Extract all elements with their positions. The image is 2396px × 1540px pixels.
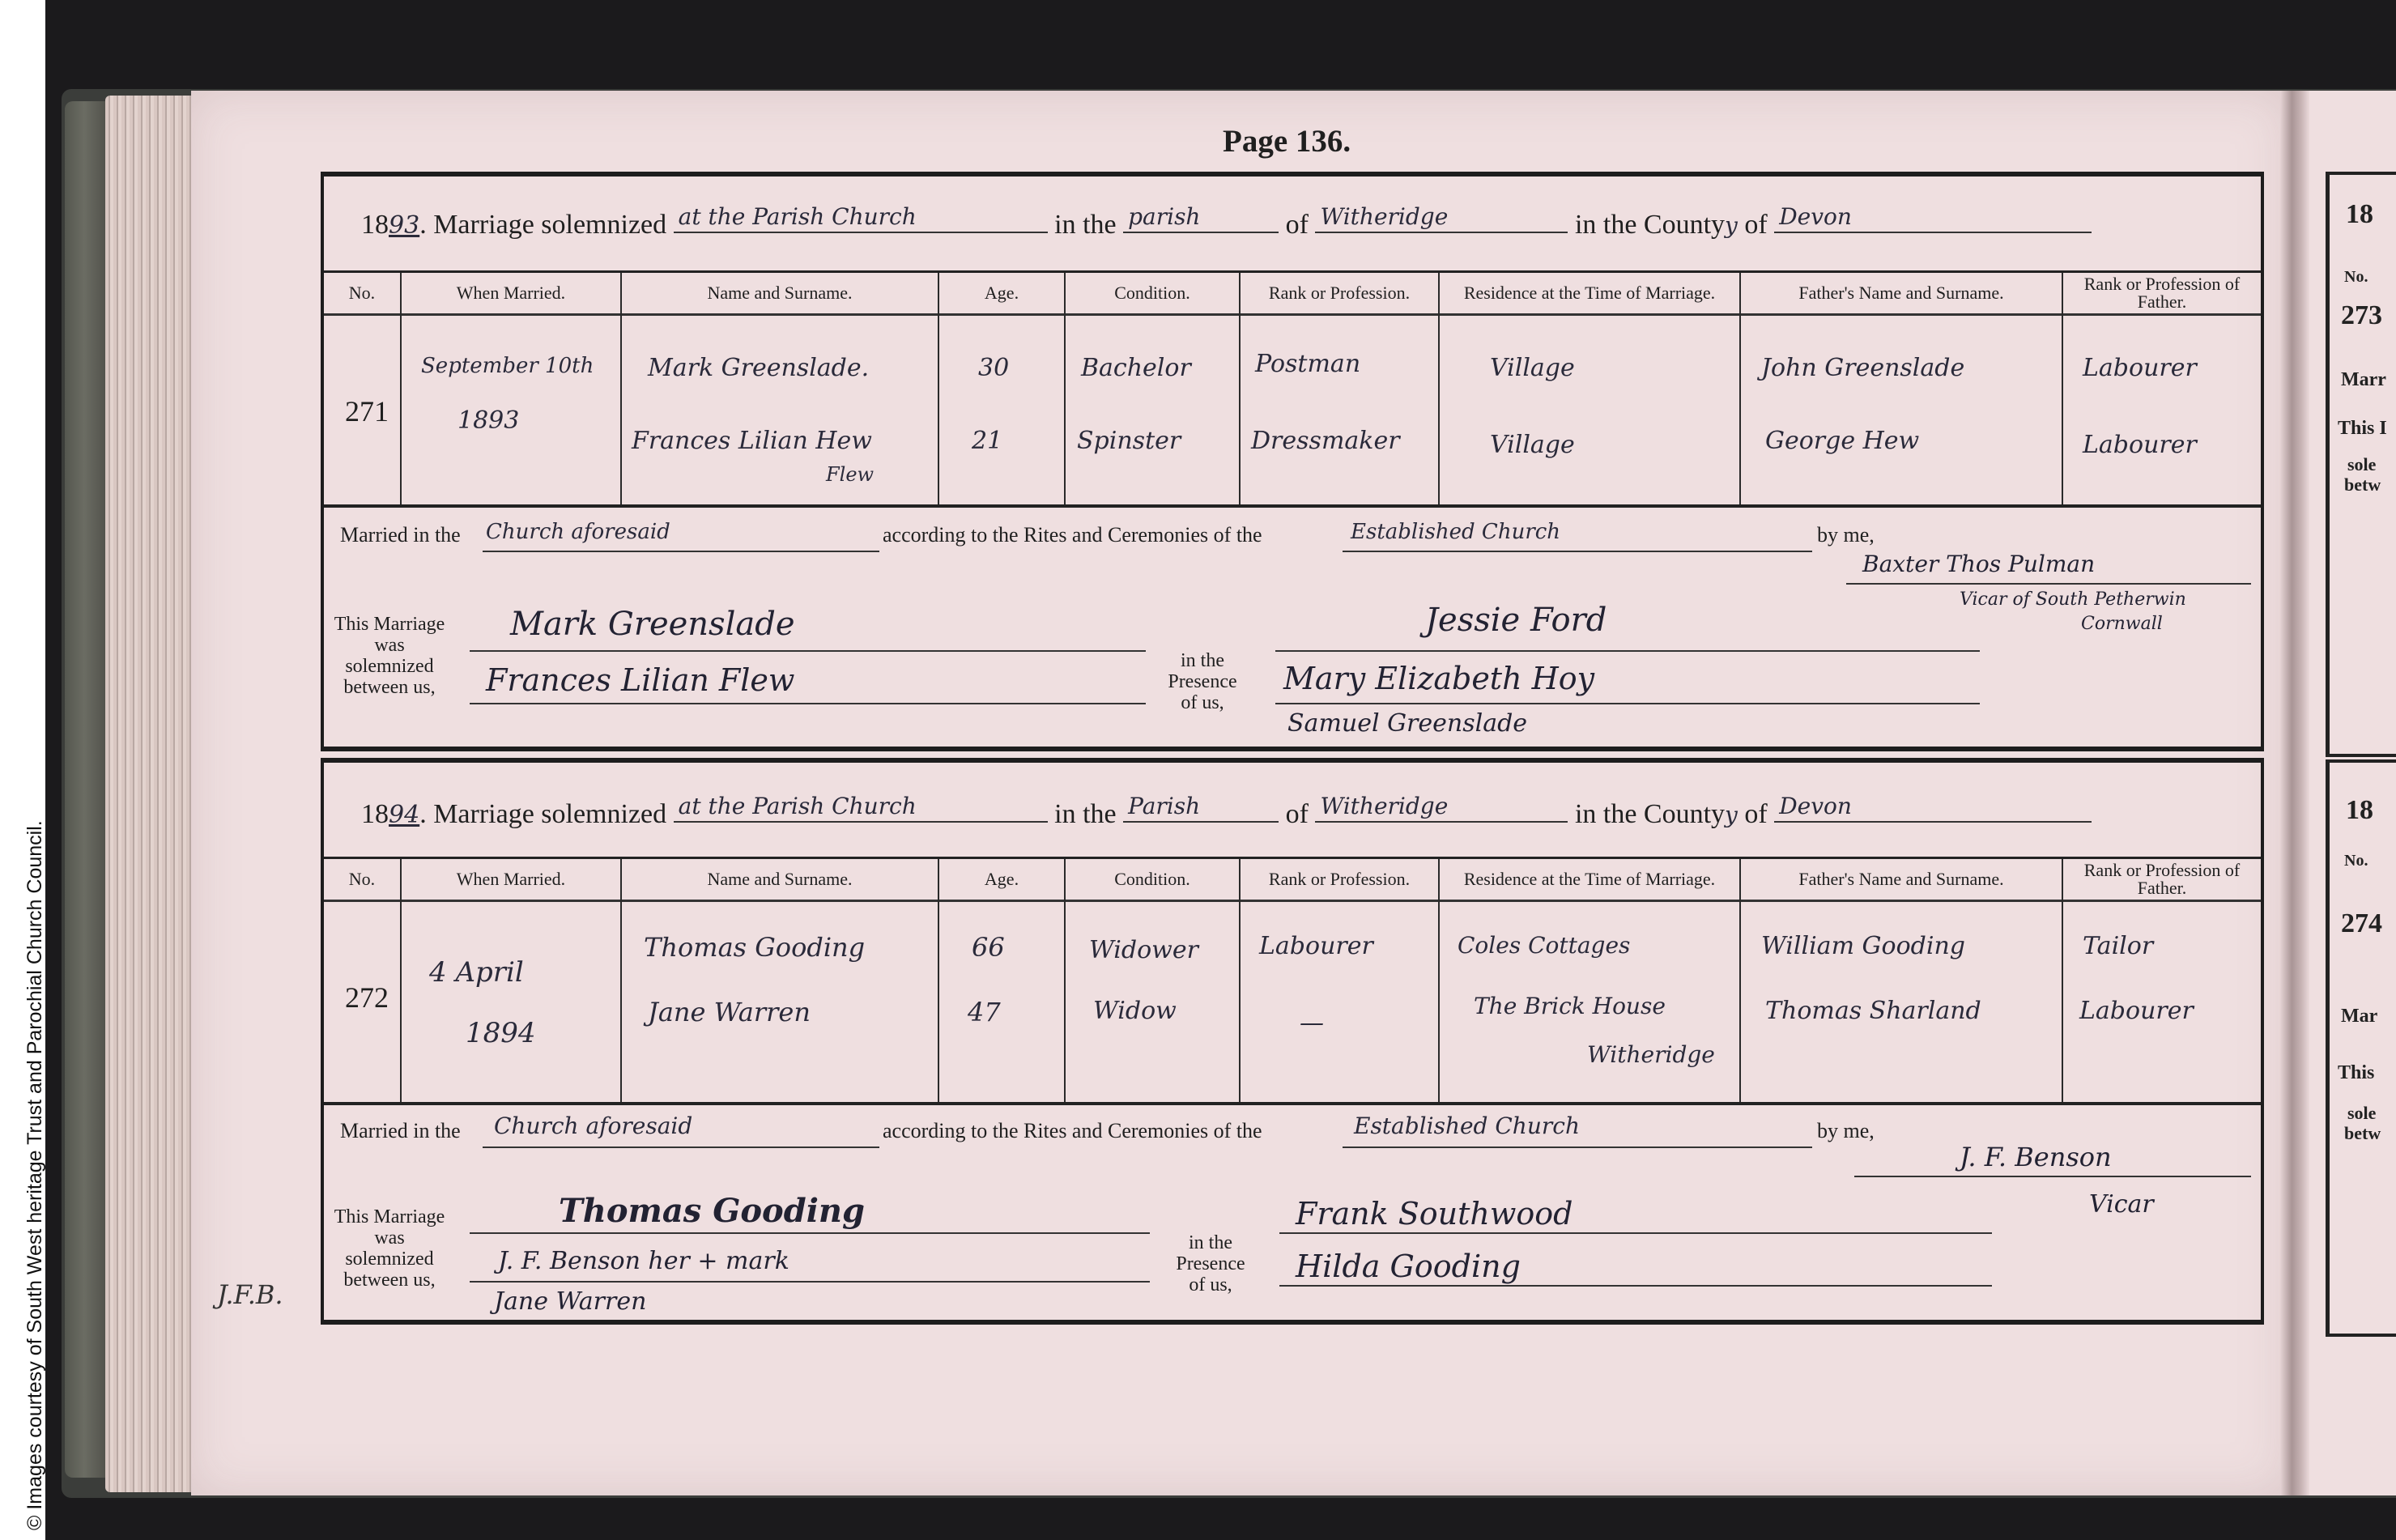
officiant-title: Vicar bbox=[2089, 1190, 2154, 1219]
field-county: Devon bbox=[1774, 795, 2092, 823]
party-signature-bride: Jane Warren bbox=[494, 1287, 646, 1316]
value-of: Witheridge bbox=[1320, 793, 1448, 819]
next-entry-1-sole-label: sole bbox=[2347, 454, 2376, 475]
line-rites bbox=[1343, 551, 1812, 552]
header-no: No. bbox=[324, 273, 400, 316]
label-in-the-presence: in the bbox=[1166, 1232, 1255, 1253]
officiant-title: Vicar of South Petherwin bbox=[1960, 589, 2186, 610]
bride-condition: Spinster bbox=[1077, 427, 1181, 455]
officiant-signature: Baxter Thos Pulman bbox=[1862, 551, 2095, 577]
county-suffix: y bbox=[1725, 802, 1738, 828]
value-in-the: parish bbox=[1128, 203, 1200, 230]
header-father-name: Father's Name and Surname. bbox=[1741, 859, 2062, 902]
page-number: Page 136. bbox=[1223, 123, 1351, 160]
label-married-in-the: Married in the bbox=[340, 523, 461, 547]
label-presence: Presence bbox=[1158, 671, 1247, 692]
header-age: Age. bbox=[939, 273, 1064, 316]
bride-father-name: Thomas Sharland bbox=[1765, 997, 1981, 1025]
bride-age: 21 bbox=[972, 427, 1002, 455]
field-solemnized-at: at the Parish Church bbox=[674, 795, 1048, 823]
next-entry-1-frame: 18 No. 273 Marr This I sole betw bbox=[2326, 172, 2396, 757]
label-of-us: of us, bbox=[1166, 1274, 1255, 1295]
header-name: Name and Surname. bbox=[622, 273, 938, 316]
next-entry-2-betw-label: betw bbox=[2344, 1123, 2381, 1144]
line-witness-2 bbox=[1275, 703, 1980, 704]
label-presence-block: in the Presence of us, bbox=[1166, 1232, 1255, 1295]
value-rites: Established Church bbox=[1354, 1112, 1580, 1139]
label-of-county: of bbox=[1744, 799, 1767, 829]
groom-rank: Postman bbox=[1255, 350, 1360, 378]
label-of-county: of bbox=[1744, 210, 1767, 240]
bride-rank: Dressmaker bbox=[1251, 427, 1400, 455]
header-father-name: Father's Name and Surname. bbox=[1741, 273, 2062, 316]
bride-father-rank: Labourer bbox=[2079, 997, 2194, 1025]
next-entry-1-betw-label: betw bbox=[2344, 474, 2381, 496]
witness-signature-3: Samuel Greenslade bbox=[1287, 709, 1527, 738]
next-entry-1-this-label: This I bbox=[2338, 418, 2387, 440]
county-suffix: y bbox=[1725, 212, 1738, 239]
label-this-marriage: This Marriage bbox=[329, 1206, 450, 1227]
entry-number: 271 bbox=[345, 394, 389, 428]
book-gutter bbox=[2280, 91, 2309, 1495]
label-presence-block: in the Presence of us, bbox=[1158, 650, 1247, 713]
header-no: No. bbox=[324, 859, 400, 902]
header-rank: Rank or Profession. bbox=[1241, 859, 1438, 902]
header-rank: Rank or Profession. bbox=[1241, 273, 1438, 316]
bride-age: 47 bbox=[968, 997, 1001, 1027]
witness-signature-2: Mary Elizabeth Hoy bbox=[1283, 661, 1594, 696]
credit-strip: © Images courtesy of South West heritage… bbox=[0, 0, 45, 1540]
bride-condition: Widow bbox=[1093, 997, 1177, 1025]
next-entry-1-married-label: Marr bbox=[2341, 369, 2386, 391]
groom-age: 66 bbox=[972, 932, 1005, 963]
label-of-us: of us, bbox=[1158, 692, 1247, 713]
label-this-marriage-block: This Marriage was solemnized between us, bbox=[329, 614, 450, 698]
witness-signature-2: Hilda Gooding bbox=[1296, 1249, 1521, 1284]
value-in-the: Parish bbox=[1128, 793, 1200, 819]
label-solemnized: solemnized bbox=[329, 1249, 450, 1270]
line-party-1 bbox=[470, 650, 1146, 652]
when-married-year: 1893 bbox=[457, 406, 519, 435]
label-was: was bbox=[329, 1227, 450, 1249]
officiant-title-county: Cornwall bbox=[2081, 614, 2163, 634]
bride-residence: Village bbox=[1490, 431, 1575, 459]
entry-table: No. When Married. Name and Surname. Age.… bbox=[324, 857, 2261, 1105]
next-entry-2-frame: 18 No. 274 Mar This sole betw bbox=[2326, 759, 2396, 1337]
label-marriage-solemnized: . Marriage solemnized bbox=[419, 210, 666, 240]
line-married-in bbox=[483, 1146, 879, 1148]
when-married-date: 4 April bbox=[429, 956, 524, 989]
header-father-rank: Rank or Profession of Father. bbox=[2063, 859, 2261, 902]
line-officiant bbox=[1846, 583, 2251, 585]
label-of: of bbox=[1286, 210, 1309, 240]
label-in-the: in the bbox=[1054, 210, 1116, 240]
line-witness-2 bbox=[1279, 1285, 1992, 1287]
label-this-marriage-block: This Marriage was solemnized between us, bbox=[329, 1206, 450, 1291]
label-according-to: according to the Rites and Ceremonies of… bbox=[883, 523, 1262, 547]
groom-condition: Widower bbox=[1089, 936, 1198, 964]
field-of: Witheridge bbox=[1315, 206, 1568, 233]
label-this-marriage: This Marriage bbox=[329, 614, 450, 635]
marriage-entry-272: 1894. Marriage solemnized at the Parish … bbox=[321, 758, 2264, 1325]
line-party-2 bbox=[470, 1281, 1150, 1283]
header-condition: Condition. bbox=[1066, 273, 1239, 316]
entry-heading: 1894. Marriage solemnized at the Parish … bbox=[361, 795, 2092, 830]
field-county: Devon bbox=[1774, 206, 2092, 233]
year-suffix: 94 bbox=[389, 801, 419, 829]
header-name: Name and Surname. bbox=[622, 859, 938, 902]
groom-condition: Bachelor bbox=[1081, 354, 1191, 382]
groom-age: 30 bbox=[978, 354, 1009, 382]
field-solemnized-at: at the Parish Church bbox=[674, 206, 1048, 233]
groom-name: Mark Greenslade. bbox=[648, 354, 869, 382]
page-stack bbox=[105, 96, 202, 1492]
next-entry-2-married-label: Mar bbox=[2341, 1006, 2377, 1027]
line-rites bbox=[1343, 1146, 1812, 1148]
label-by-me: by me, bbox=[1817, 1119, 1875, 1143]
next-entry-2-year: 18 bbox=[2346, 795, 2373, 826]
next-entry-2-number: 274 bbox=[2341, 908, 2382, 939]
groom-residence: Coles Cottages bbox=[1458, 932, 1630, 959]
margin-initials: J.F.B. bbox=[217, 1279, 283, 1310]
entry-number: 272 bbox=[345, 981, 389, 1015]
label-solemnized: solemnized bbox=[329, 656, 450, 677]
groom-name: Thomas Gooding bbox=[644, 932, 865, 963]
value-solemnized-at: at the Parish Church bbox=[679, 793, 917, 819]
party-signature-groom: Mark Greenslade bbox=[510, 606, 795, 643]
label-between-us: between us, bbox=[329, 677, 450, 698]
label-was: was bbox=[329, 635, 450, 656]
value-county: Devon bbox=[1779, 203, 1852, 230]
year-prefix: 18 bbox=[361, 799, 389, 829]
line-officiant bbox=[1854, 1176, 2251, 1177]
next-entry-2-sole-label: sole bbox=[2347, 1103, 2376, 1124]
year-suffix: 93 bbox=[389, 211, 419, 240]
party-signature-bride: Frances Lilian Flew bbox=[486, 662, 794, 698]
value-county: Devon bbox=[1779, 793, 1852, 819]
bride-name: Frances Lilian Hew bbox=[632, 427, 872, 455]
line-party-2 bbox=[470, 703, 1146, 704]
line-married-in bbox=[483, 551, 879, 552]
when-married-date: September 10th bbox=[421, 354, 594, 378]
when-married-year: 1894 bbox=[466, 1017, 536, 1049]
groom-rank: Labourer bbox=[1259, 932, 1373, 960]
field-in-the: parish bbox=[1123, 206, 1279, 233]
value-of: Witheridge bbox=[1320, 203, 1448, 230]
label-in-the: in the bbox=[1054, 799, 1116, 829]
party-signature-bride-mark: J. F. Benson her + mark bbox=[498, 1247, 789, 1275]
year-prefix: 18 bbox=[361, 210, 389, 240]
value-married-in: Church aforesaid bbox=[494, 1112, 692, 1139]
header-residence: Residence at the Time of Marriage. bbox=[1440, 273, 1739, 316]
entry-heading: 1893. Marriage solemnized at the Parish … bbox=[361, 206, 2092, 240]
next-entry-1-no-header: No. bbox=[2344, 268, 2368, 287]
marriage-entry-271: 1893. Marriage solemnized at the Parish … bbox=[321, 172, 2264, 751]
label-married-in-the: Married in the bbox=[340, 1119, 461, 1143]
groom-residence: Village bbox=[1490, 354, 1575, 382]
next-entry-2-this-label: This bbox=[2338, 1062, 2374, 1084]
label-presence: Presence bbox=[1166, 1253, 1255, 1274]
next-page: 18 No. 273 Marr This I sole betw 18 No. … bbox=[2309, 91, 2396, 1495]
witness-signature-1: Frank Southwood bbox=[1296, 1196, 1573, 1232]
value-married-in: Church aforesaid bbox=[486, 520, 670, 544]
bride-residence: The Brick House bbox=[1474, 993, 1666, 1019]
groom-father-name: William Gooding bbox=[1761, 932, 1965, 960]
label-marriage-solemnized: . Marriage solemnized bbox=[419, 799, 666, 829]
field-of: Witheridge bbox=[1315, 795, 1568, 823]
header-condition: Condition. bbox=[1066, 859, 1239, 902]
label-in-the-presence: in the bbox=[1158, 650, 1247, 671]
header-when-married: When Married. bbox=[402, 859, 620, 902]
bride-father-name: George Hew bbox=[1765, 427, 1919, 455]
line-witness-1 bbox=[1275, 650, 1980, 652]
label-in-the-county: in the County bbox=[1575, 210, 1725, 240]
groom-father-rank: Tailor bbox=[2083, 932, 2153, 960]
line-party-1 bbox=[470, 1232, 1150, 1234]
bride-residence-line-2: Witheridge bbox=[1587, 1041, 1715, 1068]
witness-signature-1: Jessie Ford bbox=[1425, 602, 1607, 639]
bride-rank: — bbox=[1300, 1009, 1324, 1037]
label-by-me: by me, bbox=[1817, 523, 1875, 547]
label-of: of bbox=[1286, 799, 1309, 829]
bride-name-correction: Flew bbox=[826, 463, 874, 486]
next-entry-1-year: 18 bbox=[2346, 199, 2373, 230]
next-entry-1-number: 273 bbox=[2341, 300, 2382, 331]
officiant-signature: J. F. Benson bbox=[1960, 1142, 2112, 1172]
line-witness-1 bbox=[1279, 1232, 1992, 1234]
groom-father-rank: Labourer bbox=[2083, 354, 2197, 382]
header-father-rank: Rank or Profession of Father. bbox=[2063, 273, 2261, 316]
value-solemnized-at: at the Parish Church bbox=[679, 203, 917, 230]
header-age: Age. bbox=[939, 859, 1064, 902]
copyright-credit: © Images courtesy of South West heritage… bbox=[23, 820, 47, 1530]
entry-table: No. When Married. Name and Surname. Age.… bbox=[324, 270, 2261, 508]
next-entry-2-no-header: No. bbox=[2344, 852, 2368, 870]
groom-father-name: John Greenslade bbox=[1761, 354, 1964, 382]
field-in-the: Parish bbox=[1123, 795, 1279, 823]
value-rites: Established Church bbox=[1351, 520, 1560, 544]
party-signature-groom: Thomas Gooding bbox=[559, 1192, 865, 1230]
bride-name: Jane Warren bbox=[648, 997, 811, 1027]
label-according-to: according to the Rites and Ceremonies of… bbox=[883, 1119, 1262, 1143]
label-between-us: between us, bbox=[329, 1270, 450, 1291]
header-when-married: When Married. bbox=[402, 273, 620, 316]
label-in-the-county: in the County bbox=[1575, 799, 1725, 829]
header-residence: Residence at the Time of Marriage. bbox=[1440, 859, 1739, 902]
bride-father-rank: Labourer bbox=[2083, 431, 2197, 459]
